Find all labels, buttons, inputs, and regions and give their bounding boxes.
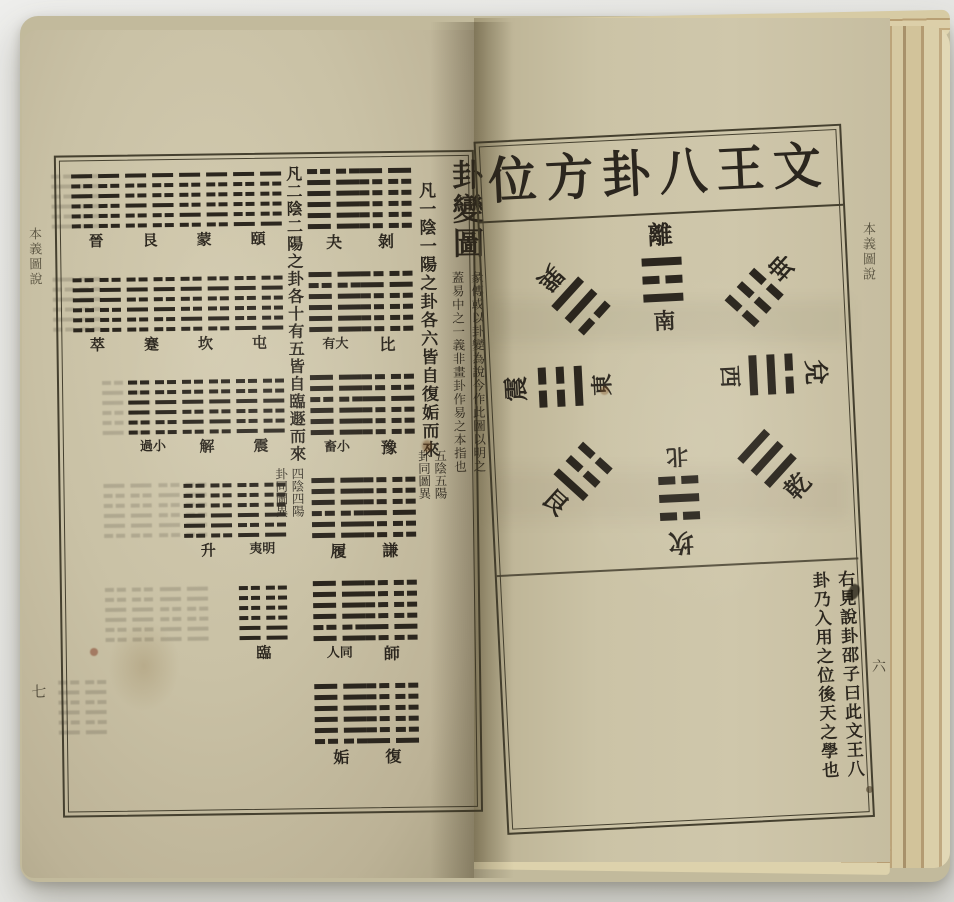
yin-line <box>104 494 125 498</box>
yang-line <box>98 194 119 198</box>
hexagram-name: 剝 <box>378 234 394 250</box>
yang-line <box>180 213 201 217</box>
yin-line <box>366 694 389 699</box>
yin-line <box>80 307 101 311</box>
yang-line <box>336 190 359 195</box>
ghost-hexagram <box>53 277 102 362</box>
yin-line <box>127 277 148 281</box>
yang-line <box>80 317 101 321</box>
yin-line <box>393 532 416 537</box>
yin-line <box>179 193 200 197</box>
yang-line <box>342 580 365 585</box>
right-margin-label: 本義圖說 <box>858 222 877 282</box>
yang-line <box>393 510 416 515</box>
yin-line <box>389 223 412 228</box>
yin-line <box>359 201 382 206</box>
yin-line <box>233 192 254 196</box>
yin-line <box>100 277 121 281</box>
yang-line <box>313 603 336 608</box>
yin-line <box>85 700 106 704</box>
yin-line <box>359 190 382 195</box>
hexagram-figure <box>51 174 73 228</box>
hexagram-figure <box>105 588 127 642</box>
yang-line <box>308 202 331 207</box>
yin-line <box>367 727 390 732</box>
yang-line <box>313 614 336 619</box>
hexagram-pair <box>313 580 366 641</box>
yin-line <box>315 739 338 744</box>
king-wen-bagua-title: 位方卦八王文 <box>487 140 831 207</box>
yang-line <box>80 277 101 281</box>
yin-line <box>100 317 121 321</box>
yang-line <box>78 184 99 188</box>
yin-line <box>99 224 120 228</box>
yin-line <box>179 183 200 187</box>
yin-line <box>360 212 383 217</box>
yang-line <box>100 297 121 301</box>
hexagram-figure <box>314 684 338 744</box>
yang-line <box>314 684 337 689</box>
yin-line <box>100 327 121 331</box>
yin-line <box>394 580 417 585</box>
yang-line <box>53 317 74 321</box>
yang-line <box>343 694 366 699</box>
hexagram-pair <box>125 173 174 228</box>
yang-line <box>132 607 153 611</box>
yang-line <box>103 431 124 435</box>
yang-line <box>105 608 126 612</box>
yang-line <box>100 287 121 291</box>
yin-line <box>78 194 99 198</box>
yin-line <box>307 169 330 174</box>
yin-line <box>396 727 419 732</box>
yin-line <box>365 602 388 607</box>
section1-note: 五陰五陽 卦同圖異 <box>415 449 449 529</box>
yin-line <box>58 700 79 704</box>
yin-line <box>126 223 147 227</box>
hexagram-name: 復 <box>385 749 401 765</box>
yin-line <box>99 214 120 218</box>
yin-line <box>389 271 412 276</box>
yin-line <box>239 606 260 610</box>
hexagram-figure <box>342 580 366 640</box>
yang-line <box>52 204 73 208</box>
hexagram-figure <box>100 277 122 331</box>
yang-line <box>53 297 74 301</box>
yang-line <box>344 705 367 710</box>
trigram-name: 離 <box>647 222 673 248</box>
hexagram-pair-cell: 復 <box>366 683 419 768</box>
yin-line <box>105 588 126 592</box>
hexagram-figure <box>336 168 360 228</box>
yang-line <box>307 180 330 185</box>
ghost-hexagram <box>51 174 100 259</box>
yang-line <box>131 523 152 527</box>
yang-line <box>103 484 124 488</box>
hexagram-figure <box>132 587 154 641</box>
yang-line <box>160 627 181 631</box>
hexagram-pair-cell: 艮 <box>125 173 174 258</box>
hexagram-figure <box>187 587 209 641</box>
yin-line <box>233 182 254 186</box>
yin-line <box>367 705 390 710</box>
yin-line <box>365 591 388 596</box>
yin-line <box>153 223 174 227</box>
yin-line <box>395 683 418 688</box>
yin-line <box>53 287 74 291</box>
yin-line <box>106 638 127 642</box>
hexagram-name: 臨 <box>256 646 271 661</box>
yin-line <box>125 193 146 197</box>
yin-line <box>367 716 390 721</box>
yang-line <box>59 730 80 734</box>
yin-line <box>344 738 367 743</box>
yang-line <box>344 727 367 732</box>
yang-line <box>79 224 100 228</box>
yang-line <box>342 602 365 607</box>
hexagram-figure <box>359 168 383 228</box>
left-page-number: 七 <box>31 681 46 702</box>
yin-line <box>51 174 72 178</box>
yang-line <box>59 710 80 714</box>
yin-line <box>160 617 181 621</box>
yin-line <box>86 720 107 724</box>
yin-line <box>394 591 417 596</box>
hexagram-pair <box>359 168 412 229</box>
yang-line <box>365 624 388 629</box>
yin-line <box>152 193 173 197</box>
yin-line <box>394 602 417 607</box>
yang-line <box>307 191 330 196</box>
hexagram-figure <box>53 277 75 331</box>
yin-line <box>260 182 281 186</box>
hexagram-pair <box>53 277 102 332</box>
yang-line <box>394 624 417 629</box>
yang-line <box>53 277 74 281</box>
yang-line <box>58 690 79 694</box>
hexagram-figure <box>160 587 182 641</box>
yin-line <box>394 613 417 618</box>
yin-line <box>359 179 382 184</box>
yang-line <box>260 172 281 176</box>
yang-line <box>132 617 153 621</box>
yin-line <box>180 203 201 207</box>
ghost-hexagram <box>58 680 107 765</box>
yang-line <box>206 172 227 176</box>
hexagram-figure <box>58 680 80 734</box>
yang-line <box>80 297 101 301</box>
yang-line <box>396 738 419 743</box>
yang-line <box>367 738 390 743</box>
yin-line <box>360 223 383 228</box>
yin-line <box>59 720 80 724</box>
yin-line <box>388 179 411 184</box>
hexagram-figure <box>103 484 125 538</box>
yang-line <box>313 592 336 597</box>
hexagram-pair <box>51 174 100 229</box>
yin-line <box>537 367 547 407</box>
yin-line <box>53 327 74 331</box>
yin-line <box>51 194 72 198</box>
yang-line <box>179 173 200 177</box>
hexagram-pair <box>160 587 209 642</box>
light-sheen <box>120 200 420 600</box>
yang-line <box>314 636 337 641</box>
yin-line <box>239 616 260 620</box>
yin-line <box>132 627 153 631</box>
yin-line <box>365 613 388 618</box>
ghost-hexagram <box>160 587 209 672</box>
yang-line <box>125 173 146 177</box>
hexagram-figure <box>395 683 419 743</box>
hexagram-pair-cell: 師 <box>365 580 418 665</box>
yang-line <box>152 173 173 177</box>
yang-line <box>52 224 73 228</box>
yang-line <box>315 728 338 733</box>
hexagram-name: 謙 <box>382 543 398 559</box>
yin-line <box>266 615 287 619</box>
yang-line <box>187 587 208 591</box>
yin-line <box>104 534 125 538</box>
yin-line <box>206 202 227 206</box>
yang-line <box>188 637 209 641</box>
yang-line <box>267 635 288 639</box>
yang-line <box>336 179 359 184</box>
yin-line <box>206 182 227 186</box>
yin-line <box>126 213 147 217</box>
yin-line <box>131 533 152 537</box>
yin-line <box>395 694 418 699</box>
hexagram-pair <box>365 580 418 641</box>
yang-line <box>85 690 106 694</box>
hexagram-pair-cell: 姤 <box>314 683 367 768</box>
yang-line <box>337 212 360 217</box>
hexagram-name: 師 <box>384 646 400 662</box>
hexagram-figure <box>179 173 201 227</box>
yin-line <box>98 184 119 188</box>
yang-line <box>233 172 254 176</box>
yin-line <box>105 598 126 602</box>
yang-line <box>98 174 119 178</box>
hexagram-figure <box>78 174 100 228</box>
hexagram-figure <box>80 277 102 331</box>
trigram-name: 震 <box>503 376 529 402</box>
yin-line <box>396 716 419 721</box>
yin-line <box>152 183 173 187</box>
yang-line <box>105 618 126 622</box>
yin-line <box>58 680 79 684</box>
yang-line <box>86 710 107 714</box>
hexagram-figure <box>98 174 120 228</box>
yin-line <box>366 635 389 640</box>
light-sheen <box>560 260 840 620</box>
yin-line <box>85 680 106 684</box>
yang-line <box>160 587 181 591</box>
yang-line <box>79 204 100 208</box>
yang-line <box>344 716 367 721</box>
hexagram-figure <box>365 580 389 640</box>
hexagram-figure <box>343 683 367 743</box>
yang-line <box>160 597 181 601</box>
yin-line <box>132 587 153 591</box>
yin-line <box>100 307 121 311</box>
yin-line <box>313 625 336 630</box>
yin-line <box>366 683 389 688</box>
yin-line <box>78 174 99 178</box>
yang-line <box>239 626 260 630</box>
hexagram-figure <box>152 173 174 227</box>
left-margin-label: 本義圖說 <box>27 227 41 287</box>
hexagram-figure <box>85 680 107 734</box>
yin-line <box>153 213 174 217</box>
yang-line <box>187 627 208 631</box>
yang-line <box>342 613 365 618</box>
yang-line <box>266 625 287 629</box>
yin-line <box>99 204 120 208</box>
hexagram-pair <box>314 683 367 744</box>
yang-line <box>104 514 125 518</box>
yang-line <box>153 203 174 207</box>
yang-line <box>314 695 337 700</box>
yang-line <box>86 730 107 734</box>
yin-line <box>125 183 146 187</box>
yin-line <box>389 212 412 217</box>
yin-line <box>206 192 227 196</box>
yang-line <box>342 591 365 596</box>
yin-line <box>260 192 281 196</box>
yang-line <box>315 717 338 722</box>
right-page-number: 六 <box>872 656 886 676</box>
hexagram-figure <box>125 173 147 227</box>
hexagram-figure <box>388 168 412 228</box>
hexagram-name: 姤 <box>333 750 349 766</box>
hexagram-name: 艮 <box>142 233 157 248</box>
yang-line <box>104 524 125 528</box>
yang-line <box>51 184 72 188</box>
yang-line <box>359 168 382 173</box>
yin-line <box>80 327 101 331</box>
yang-line <box>126 203 147 207</box>
yang-line <box>187 597 208 601</box>
yang-line <box>343 635 366 640</box>
yin-line <box>187 607 208 611</box>
yin-line <box>105 628 126 632</box>
yang-line <box>161 637 182 641</box>
yang-line <box>315 706 338 711</box>
hexagram-pair-cell: 剝 <box>359 168 412 253</box>
yin-line <box>160 607 181 611</box>
photo-of-open-book: { "book": { "left_page": { "margin_label… <box>0 0 954 902</box>
hexagram-figure <box>394 580 418 640</box>
yin-line <box>336 168 359 173</box>
ghost-hexagram <box>105 587 154 672</box>
yin-line <box>79 214 100 218</box>
hexagram-pair <box>105 587 154 642</box>
hexagram-pair <box>366 683 419 744</box>
yin-line <box>342 624 365 629</box>
yin-line <box>104 504 125 508</box>
yin-line <box>52 214 73 218</box>
yin-line <box>187 617 208 621</box>
yin-line <box>393 521 416 526</box>
yin-line <box>80 287 101 291</box>
yin-line <box>132 597 153 601</box>
yin-line <box>365 580 388 585</box>
hexagram-figure <box>366 683 390 743</box>
yin-line <box>53 307 74 311</box>
yin-line <box>388 201 411 206</box>
yang-line <box>240 636 261 640</box>
yin-line <box>395 635 418 640</box>
yin-line <box>133 637 154 641</box>
yang-line <box>343 683 366 688</box>
yin-line <box>388 190 411 195</box>
yin-line <box>396 705 419 710</box>
yang-line <box>337 201 360 206</box>
yin-line <box>266 605 287 609</box>
yang-line <box>388 168 411 173</box>
hexagram-pair <box>58 680 107 735</box>
hexagram-name: 人同 <box>327 647 353 660</box>
hexagram-pair-cell: 人同 <box>313 580 366 665</box>
